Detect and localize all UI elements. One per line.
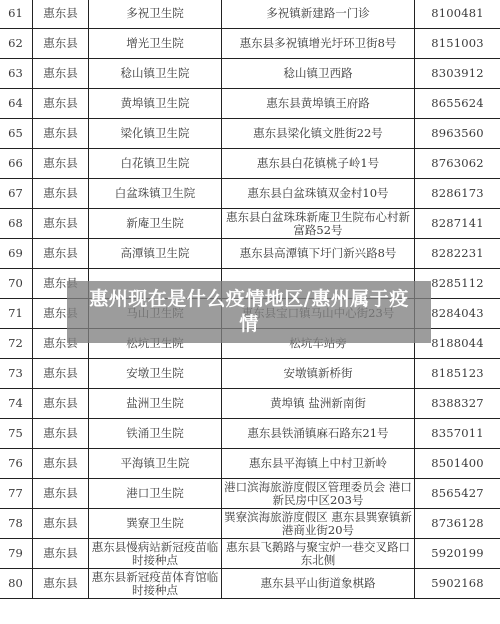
phone-cell: 8501400	[415, 449, 500, 479]
table-row: 66 惠东县 白花镇卫生院 惠东县白花镇桃子岭1号 8763062	[0, 149, 500, 179]
county-cell: 惠东县	[33, 359, 89, 389]
table-row: 77 惠东县 港口卫生院 港口滨海旅游度假区管理委员会 港口新民房中区203号 …	[0, 479, 500, 509]
address-cell: 惠东县高潭镇下圩门新兴路8号	[222, 239, 415, 269]
row-number: 65	[0, 119, 33, 149]
clinic-name-cell: 多祝卫生院	[89, 0, 222, 29]
clinic-name-cell: 高潭镇卫生院	[89, 239, 222, 269]
address-cell: 惠东县梁化镇文胜街22号	[222, 119, 415, 149]
row-number: 61	[0, 0, 33, 29]
table-row: 62 惠东县 增光卫生院 惠东县多祝镇增光圩环卫街8号 8151003	[0, 29, 500, 59]
address-cell: 惠东县飞鹅路与聚宝炉一巷交叉路口东北侧	[222, 539, 415, 569]
row-number: 73	[0, 359, 33, 389]
address-cell: 巽寮滨海旅游度假区 惠东县巽寮镇新港商业街20号	[222, 509, 415, 539]
table-row: 78 惠东县 巽寮卫生院 巽寮滨海旅游度假区 惠东县巽寮镇新港商业街20号 87…	[0, 509, 500, 539]
address-cell: 惠东县平山街道象棋路	[222, 569, 415, 599]
phone-cell: 8282231	[415, 239, 500, 269]
county-cell: 惠东县	[33, 419, 89, 449]
row-number: 76	[0, 449, 33, 479]
county-cell: 惠东县	[33, 119, 89, 149]
address-cell: 惠东县白盆珠珠新庵卫生院布心村新富路52号	[222, 209, 415, 239]
table-row: 64 惠东县 黄埠镇卫生院 惠东县黄埠镇王府路 8655624	[0, 89, 500, 119]
table-row: 65 惠东县 梁化镇卫生院 惠东县梁化镇文胜街22号 8963560	[0, 119, 500, 149]
clinic-name-cell: 增光卫生院	[89, 29, 222, 59]
county-cell: 惠东县	[33, 509, 89, 539]
row-number: 72	[0, 329, 33, 359]
row-number: 78	[0, 509, 33, 539]
clinic-name-cell: 盐洲卫生院	[89, 389, 222, 419]
phone-cell: 8151003	[415, 29, 500, 59]
phone-cell: 8185123	[415, 359, 500, 389]
table-row: 61 惠东县 多祝卫生院 多祝镇新建路一门诊 8100481	[0, 0, 500, 29]
table-row: 76 惠东县 平海镇卫生院 惠东县平海镇上中村卫新岭 8501400	[0, 449, 500, 479]
county-cell: 惠东县	[33, 209, 89, 239]
address-cell: 多祝镇新建路一门诊	[222, 0, 415, 29]
county-cell: 惠东县	[33, 0, 89, 29]
clinic-name-cell: 港口卫生院	[89, 479, 222, 509]
phone-cell: 8565427	[415, 479, 500, 509]
address-cell: 惠东县白盆珠镇双金村10号	[222, 179, 415, 209]
address-cell: 惠东县多祝镇增光圩环卫街8号	[222, 29, 415, 59]
table-row: 73 惠东县 安墩卫生院 安墩镇新桥街 8185123	[0, 359, 500, 389]
row-number: 70	[0, 269, 33, 299]
phone-cell: 5920199	[415, 539, 500, 569]
table-row: 74 惠东县 盐洲卫生院 黄埠镇 盐洲新南街 8388327	[0, 389, 500, 419]
county-cell: 惠东县	[33, 449, 89, 479]
address-cell: 港口滨海旅游度假区管理委员会 港口新民房中区203号	[222, 479, 415, 509]
address-cell: 安墩镇新桥街	[222, 359, 415, 389]
table-row: 63 惠东县 稔山镇卫生院 稔山镇卫西路 8303912	[0, 59, 500, 89]
county-cell: 惠东县	[33, 389, 89, 419]
clinic-name-cell: 梁化镇卫生院	[89, 119, 222, 149]
clinic-name-cell: 稔山镇卫生院	[89, 59, 222, 89]
clinic-name-cell: 惠东县新冠疫苗体育馆临时接种点	[89, 569, 222, 599]
phone-cell: 8286173	[415, 179, 500, 209]
address-cell: 黄埠镇 盐洲新南街	[222, 389, 415, 419]
row-number: 80	[0, 569, 33, 599]
overlay-title: 惠州现在是什么疫情地区/惠州属于疫情	[84, 287, 414, 337]
row-number: 67	[0, 179, 33, 209]
row-number: 68	[0, 209, 33, 239]
clinic-name-cell: 平海镇卫生院	[89, 449, 222, 479]
clinic-name-cell: 安墩卫生院	[89, 359, 222, 389]
address-cell: 惠东县平海镇上中村卫新岭	[222, 449, 415, 479]
table-row: 75 惠东县 铁涌卫生院 惠东县铁涌镇麻石路东21号 8357011	[0, 419, 500, 449]
phone-cell: 8763062	[415, 149, 500, 179]
county-cell: 惠东县	[33, 239, 89, 269]
table-row: 69 惠东县 高潭镇卫生院 惠东县高潭镇下圩门新兴路8号 8282231	[0, 239, 500, 269]
clinic-name-cell: 黄埠镇卫生院	[89, 89, 222, 119]
row-number: 77	[0, 479, 33, 509]
row-number: 74	[0, 389, 33, 419]
row-number: 79	[0, 539, 33, 569]
county-cell: 惠东县	[33, 479, 89, 509]
phone-cell: 8655624	[415, 89, 500, 119]
clinic-name-cell: 惠东县慢病站新冠疫苗临时接种点	[89, 539, 222, 569]
phone-cell: 8736128	[415, 509, 500, 539]
row-number: 62	[0, 29, 33, 59]
row-number: 66	[0, 149, 33, 179]
county-cell: 惠东县	[33, 29, 89, 59]
clinic-name-cell: 铁涌卫生院	[89, 419, 222, 449]
row-number: 71	[0, 299, 33, 329]
row-number: 64	[0, 89, 33, 119]
county-cell: 惠东县	[33, 89, 89, 119]
address-cell: 惠东县白花镇桃子岭1号	[222, 149, 415, 179]
table-row: 79 惠东县 惠东县慢病站新冠疫苗临时接种点 惠东县飞鹅路与聚宝炉一巷交叉路口东…	[0, 539, 500, 569]
county-cell: 惠东县	[33, 149, 89, 179]
table-row: 67 惠东县 白盆珠镇卫生院 惠东县白盆珠镇双金村10号 8286173	[0, 179, 500, 209]
title-overlay-banner: 惠州现在是什么疫情地区/惠州属于疫情	[67, 281, 431, 343]
address-cell: 惠东县铁涌镇麻石路东21号	[222, 419, 415, 449]
phone-cell: 8100481	[415, 0, 500, 29]
phone-cell: 8388327	[415, 389, 500, 419]
phone-cell: 8963560	[415, 119, 500, 149]
county-cell: 惠东县	[33, 569, 89, 599]
county-cell: 惠东县	[33, 539, 89, 569]
address-cell: 惠东县黄埠镇王府路	[222, 89, 415, 119]
phone-cell: 8287141	[415, 209, 500, 239]
county-cell: 惠东县	[33, 59, 89, 89]
clinic-name-cell: 白盆珠镇卫生院	[89, 179, 222, 209]
row-number: 69	[0, 239, 33, 269]
phone-cell: 5902168	[415, 569, 500, 599]
clinic-name-cell: 巽寮卫生院	[89, 509, 222, 539]
clinic-name-cell: 白花镇卫生院	[89, 149, 222, 179]
table-row: 68 惠东县 新庵卫生院 惠东县白盆珠珠新庵卫生院布心村新富路52号 82871…	[0, 209, 500, 239]
phone-cell: 8357011	[415, 419, 500, 449]
row-number: 75	[0, 419, 33, 449]
table-row: 80 惠东县 惠东县新冠疫苗体育馆临时接种点 惠东县平山街道象棋路 590216…	[0, 569, 500, 599]
address-cell: 稔山镇卫西路	[222, 59, 415, 89]
clinic-name-cell: 新庵卫生院	[89, 209, 222, 239]
county-cell: 惠东县	[33, 179, 89, 209]
row-number: 63	[0, 59, 33, 89]
phone-cell: 8303912	[415, 59, 500, 89]
